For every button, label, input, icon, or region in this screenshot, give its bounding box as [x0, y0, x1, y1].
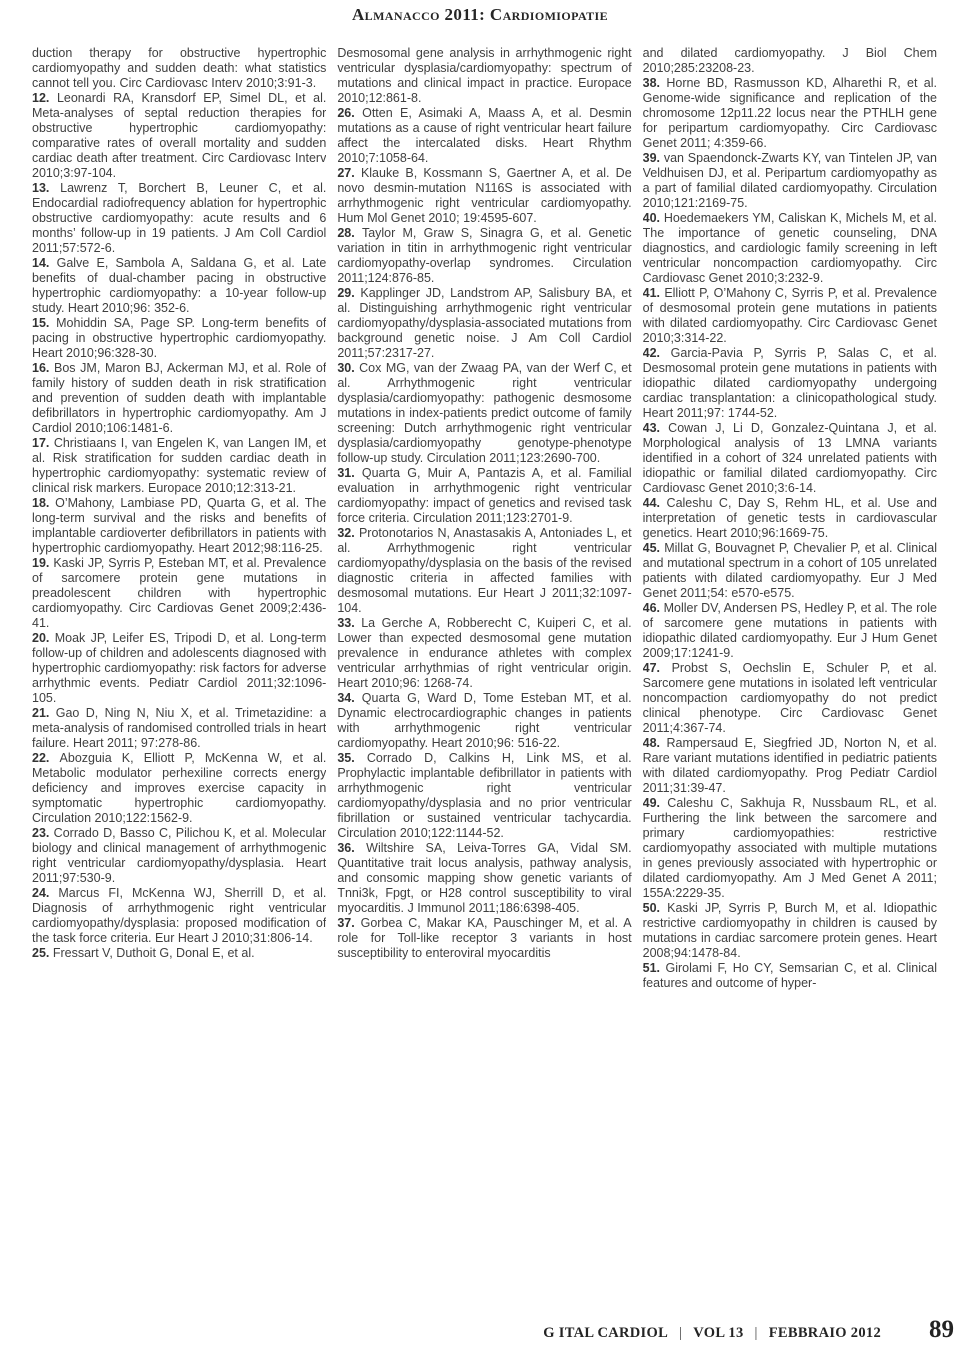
- reference-entry: 32. Protonotarios N, Anastasakis A, Anto…: [337, 526, 631, 616]
- reference-entry: 35. Corrado D, Calkins H, Link MS, et al…: [337, 751, 631, 841]
- reference-entry: 41. Elliott P, O’Mahony C, Syrris P, et …: [643, 286, 937, 346]
- page-footer: G ITAL CARDIOL|VOL 13|FEBBRAIO 2012 89: [0, 1316, 954, 1344]
- reference-entry: 30. Cox MG, van der Zwaag PA, van der We…: [337, 361, 631, 466]
- reference-entry: 45. Millat G, Bouvagnet P, Chevalier P, …: [643, 541, 937, 601]
- reference-continuation: Desmosomal gene analysis in arrhythmogen…: [337, 46, 631, 106]
- references-column-3: and dilated cardiomyopathy. J Biol Chem …: [643, 46, 937, 1308]
- reference-entry: 14. Galve E, Sambola A, Saldana G, et al…: [32, 256, 326, 316]
- reference-number: 12.: [32, 91, 57, 105]
- reference-number: 35.: [337, 751, 367, 765]
- reference-number: 41.: [643, 286, 665, 300]
- journal-issue: FEBBRAIO 2012: [769, 1325, 881, 1341]
- reference-number: 31.: [337, 466, 362, 480]
- reference-number: 28.: [337, 226, 362, 240]
- reference-entry: 34. Quarta G, Ward D, Tome Esteban MT, e…: [337, 691, 631, 751]
- reference-entry: 40. Hoedemaekers YM, Caliskan K, Michels…: [643, 211, 937, 286]
- reference-number: 43.: [643, 421, 669, 435]
- references-column-1: duction therapy for obstructive hypertro…: [32, 46, 326, 1308]
- reference-entry: 31. Quarta G, Muir A, Pantazis A, et al.…: [337, 466, 631, 526]
- reference-number: 24.: [32, 886, 58, 900]
- journal-citation-line: G ITAL CARDIOL|VOL 13|FEBBRAIO 2012: [543, 1325, 881, 1342]
- reference-entry: 22. Abozguia K, Elliott P, McKenna W, et…: [32, 751, 326, 826]
- reference-number: 29.: [337, 286, 360, 300]
- reference-entry: 15. Mohiddin SA, Page SP. Long-term bene…: [32, 316, 326, 361]
- reference-number: 44.: [643, 496, 667, 510]
- reference-entry: 37. Gorbea C, Makar KA, Pauschinger M, e…: [337, 916, 631, 961]
- reference-entry: 48. Rampersaud E, Siegfried JD, Norton N…: [643, 736, 937, 796]
- reference-entry: 36. Wiltshire SA, Leiva-Torres GA, Vidal…: [337, 841, 631, 916]
- reference-number: 23.: [32, 826, 54, 840]
- reference-entry: 19. Kaski JP, Syrris P, Esteban MT, et a…: [32, 556, 326, 631]
- reference-number: 17.: [32, 436, 54, 450]
- page-title: Almanacco 2011: Cardiomiopatie: [0, 5, 960, 25]
- reference-number: 40.: [643, 211, 664, 225]
- reference-entry: 26. Otten E, Asimaki A, Maass A, et al. …: [337, 106, 631, 166]
- reference-number: 32.: [337, 526, 359, 540]
- reference-continuation: duction therapy for obstructive hypertro…: [32, 46, 326, 91]
- reference-entry: 25. Fressart V, Duthoit G, Donal E, et a…: [32, 946, 326, 961]
- reference-entry: 46. Moller DV, Andersen PS, Hedley P, et…: [643, 601, 937, 661]
- reference-number: 18.: [32, 496, 55, 510]
- reference-number: 50.: [643, 901, 668, 915]
- reference-number: 45.: [643, 541, 665, 555]
- footer-separator: |: [744, 1325, 769, 1341]
- reference-number: 22.: [32, 751, 60, 765]
- reference-entry: 44. Caleshu C, Day S, Rehm HL, et al. Us…: [643, 496, 937, 541]
- reference-entry: 47. Probst S, Oechslin E, Schuler P, et …: [643, 661, 937, 736]
- reference-entry: 20. Moak JP, Leifer ES, Tripodi D, et al…: [32, 631, 326, 706]
- reference-entry: 38. Horne BD, Rasmusson KD, Alharethi R,…: [643, 76, 937, 151]
- footer-separator: |: [668, 1325, 693, 1341]
- reference-number: 39.: [643, 151, 664, 165]
- reference-number: 26.: [337, 106, 362, 120]
- reference-number: 42.: [643, 346, 671, 360]
- reference-number: 13.: [32, 181, 60, 195]
- journal-volume: VOL 13: [693, 1325, 743, 1341]
- reference-number: 14.: [32, 256, 57, 270]
- reference-entry: 29. Kapplinger JD, Landstrom AP, Salisbu…: [337, 286, 631, 361]
- references-column-2: Desmosomal gene analysis in arrhythmogen…: [337, 46, 631, 1308]
- reference-number: 37.: [337, 916, 360, 930]
- reference-entry: 18. O’Mahony, Lambiase PD, Quarta G, et …: [32, 496, 326, 556]
- reference-entry: 42. Garcia-Pavia P, Syrris P, Salas C, e…: [643, 346, 937, 421]
- reference-entry: 13. Lawrenz T, Borchert B, Leuner C, et …: [32, 181, 326, 256]
- reference-number: 48.: [643, 736, 667, 750]
- journal-name: G ITAL CARDIOL: [543, 1325, 668, 1341]
- reference-number: 46.: [643, 601, 664, 615]
- reference-number: 34.: [337, 691, 361, 705]
- page-number: 89: [929, 1316, 954, 1344]
- references-columns: duction therapy for obstructive hypertro…: [32, 46, 937, 1308]
- reference-entry: 24. Marcus FI, McKenna WJ, Sherrill D, e…: [32, 886, 326, 946]
- reference-entry: 43. Cowan J, Li D, Gonzalez-Quintana J, …: [643, 421, 937, 496]
- reference-number: 15.: [32, 316, 56, 330]
- reference-number: 36.: [337, 841, 366, 855]
- reference-entry: 23. Corrado D, Basso C, Pilichou K, et a…: [32, 826, 326, 886]
- reference-number: 16.: [32, 361, 54, 375]
- reference-entry: 51. Girolami F, Ho CY, Semsarian C, et a…: [643, 961, 937, 991]
- reference-number: 30.: [337, 361, 359, 375]
- reference-entry: 21. Gao D, Ning N, Niu X, et al. Trimeta…: [32, 706, 326, 751]
- reference-number: 51.: [643, 961, 666, 975]
- reference-number: 25.: [32, 946, 53, 960]
- reference-entry: 33. La Gerche A, Robberecht C, Kuiperi C…: [337, 616, 631, 691]
- reference-entry: 49. Caleshu C, Sakhuja R, Nussbaum RL, e…: [643, 796, 937, 901]
- reference-number: 38.: [643, 76, 667, 90]
- reference-entry: 50. Kaski JP, Syrris P, Burch M, et al. …: [643, 901, 937, 961]
- reference-number: 47.: [643, 661, 672, 675]
- journal-page: Almanacco 2011: Cardiomiopatie duction t…: [0, 0, 960, 1352]
- reference-number: 21.: [32, 706, 56, 720]
- reference-continuation: and dilated cardiomyopathy. J Biol Chem …: [643, 46, 937, 76]
- reference-entry: 28. Taylor M, Graw S, Sinagra G, et al. …: [337, 226, 631, 286]
- reference-number: 27.: [337, 166, 361, 180]
- reference-entry: 17. Christiaans I, van Engelen K, van La…: [32, 436, 326, 496]
- reference-number: 20.: [32, 631, 55, 645]
- reference-entry: 39. van Spaendonck-Zwarts KY, van Tintel…: [643, 151, 937, 211]
- reference-number: 49.: [643, 796, 668, 810]
- reference-entry: 16. Bos JM, Maron BJ, Ackerman MJ, et al…: [32, 361, 326, 436]
- reference-number: 33.: [337, 616, 361, 630]
- reference-entry: 27. Klauke B, Kossmann S, Gaertner A, et…: [337, 166, 631, 226]
- reference-number: 19.: [32, 556, 53, 570]
- reference-entry: 12. Leonardi RA, Kransdorf EP, Simel DL,…: [32, 91, 326, 181]
